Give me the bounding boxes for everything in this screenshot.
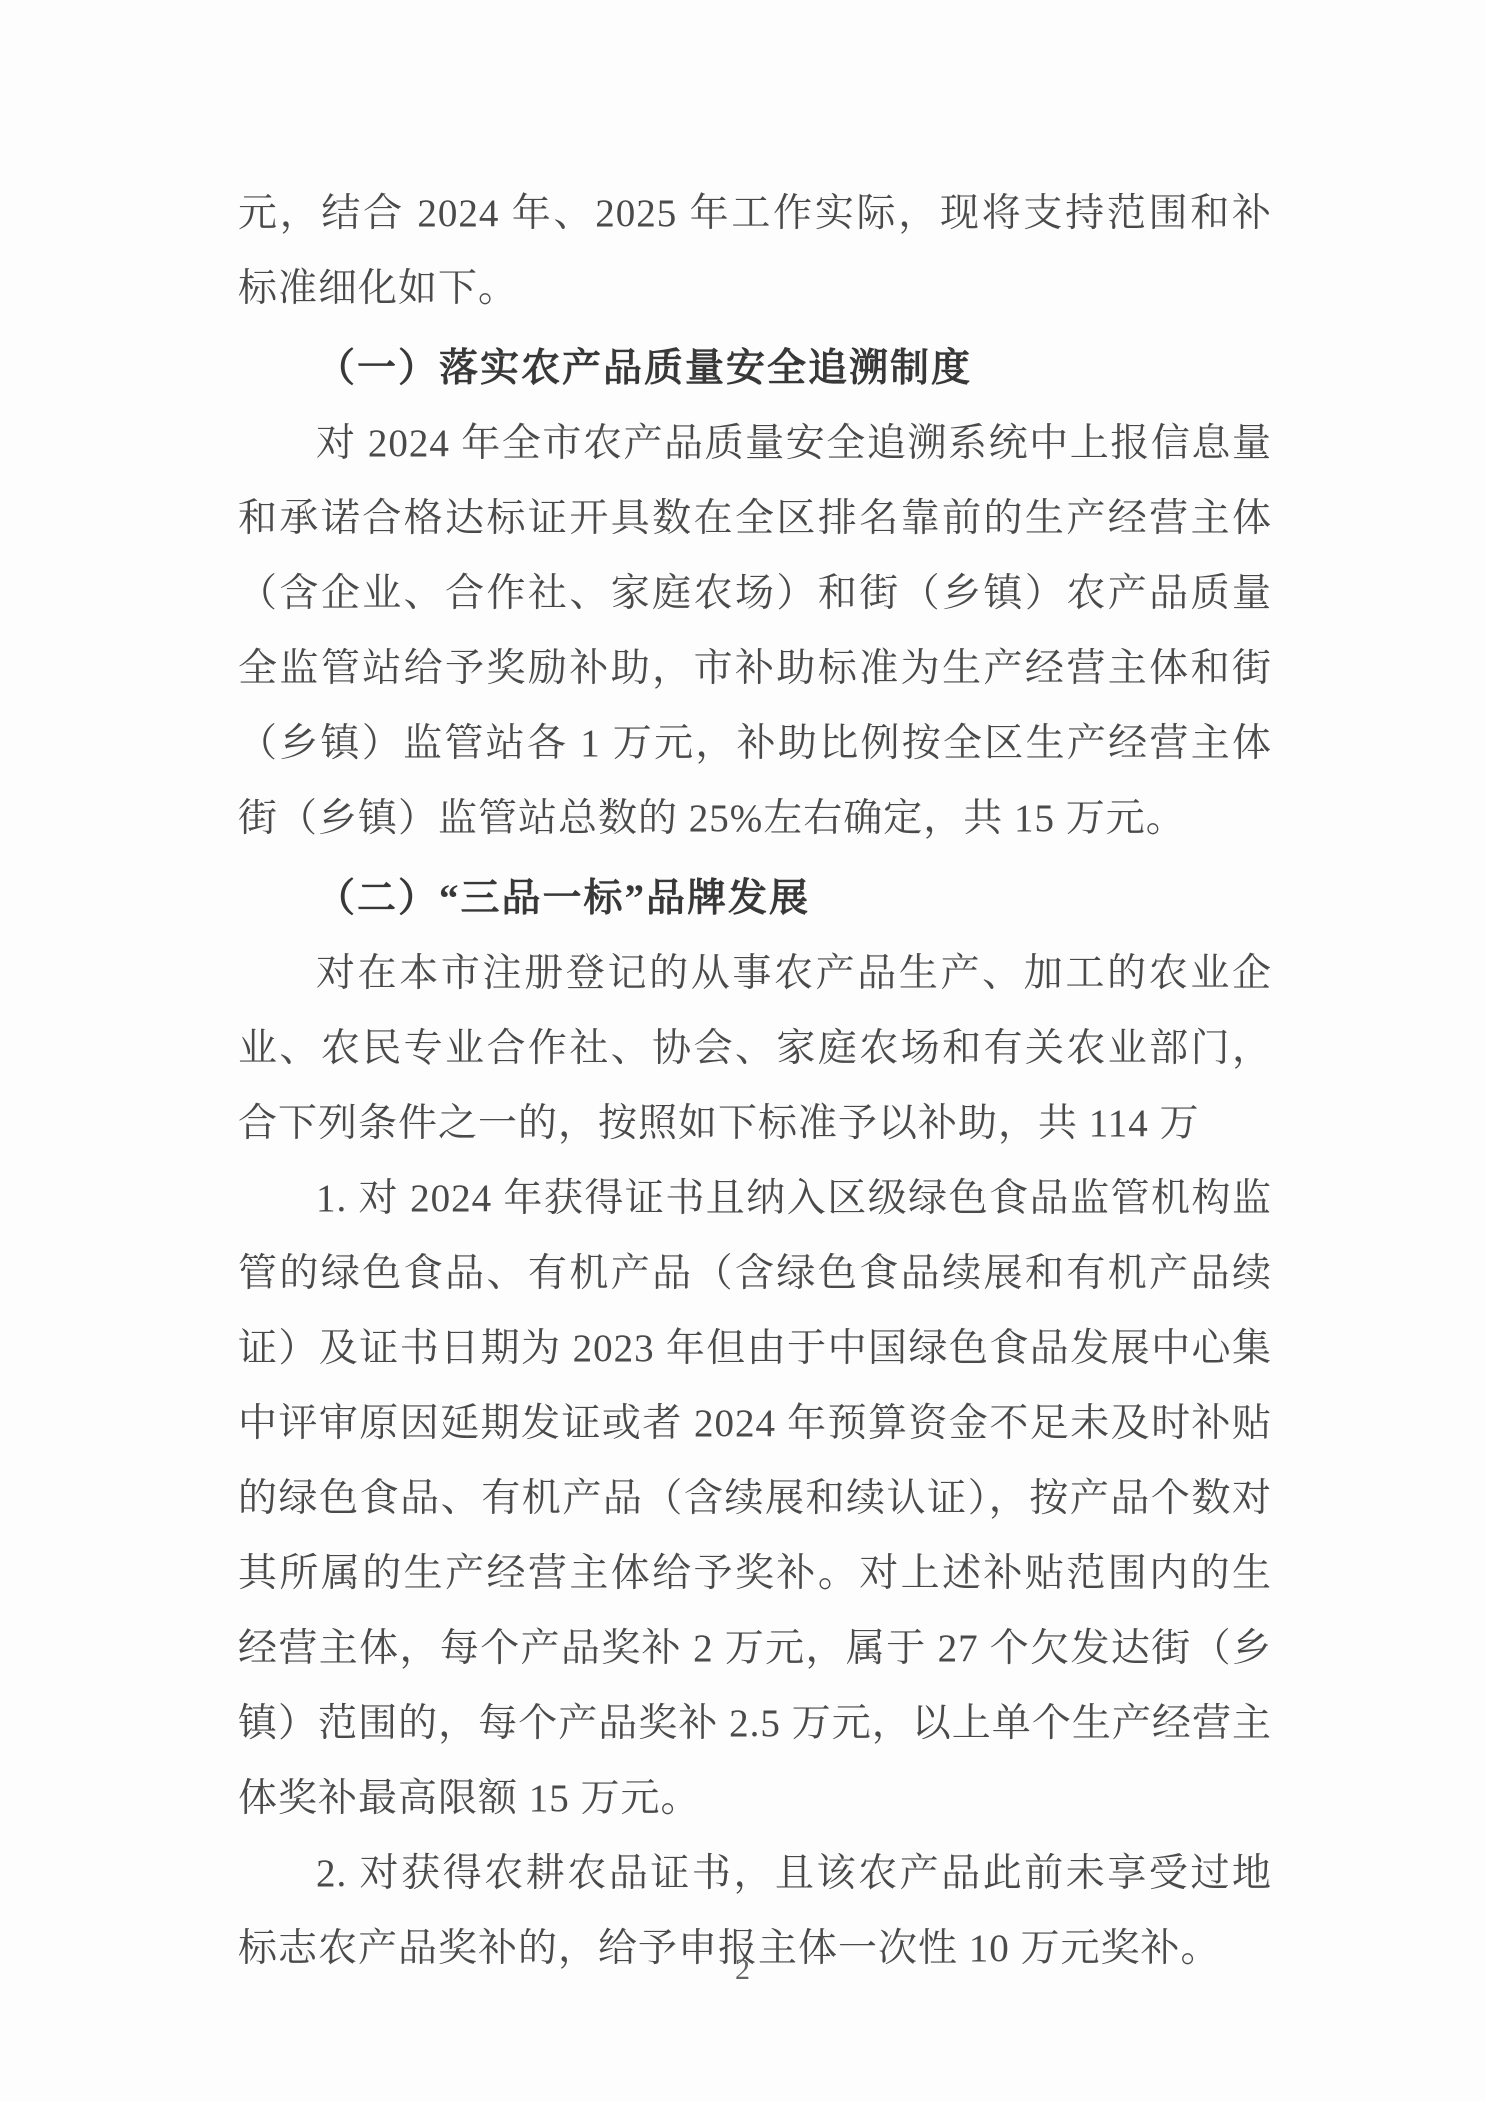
text-line: 全监管站给予奖励补助，市补助标准为生产经营主体和街: [238, 631, 1272, 706]
text-line: 元，结合 2024 年、2025 年工作实际，现将支持范围和补助: [238, 176, 1272, 251]
document-page: 元，结合 2024 年、2025 年工作实际，现将支持范围和补助 标准细化如下。…: [0, 0, 1485, 2102]
text-line: 体奖补最高限额 15 万元。: [238, 1761, 1272, 1836]
text-line: 和承诺合格达标证开具数在全区排名靠前的生产经营主体: [238, 481, 1272, 556]
document-body: 元，结合 2024 年、2025 年工作实际，现将支持范围和补助 标准细化如下。…: [238, 176, 1272, 1986]
text-line: 合下列条件之一的，按照如下标准予以补助，共 114 万元。: [238, 1086, 1272, 1161]
text-line: 1. 对 2024 年获得证书且纳入区级绿色食品监管机构监: [238, 1161, 1272, 1236]
text-line: 街（乡镇）监管站总数的 25%左右确定，共 15 万元。: [238, 781, 1272, 856]
text-line: 其所属的生产经营主体给予奖补。对上述补贴范围内的生产: [238, 1536, 1272, 1611]
section-heading: （一）落实农产品质量安全追溯制度: [238, 331, 1272, 406]
text-line: 标准细化如下。: [238, 251, 1272, 326]
text-line: （含企业、合作社、家庭农场）和街（乡镇）农产品质量安: [238, 556, 1272, 631]
text-line: 管的绿色食品、有机产品（含绿色食品续展和有机产品续认: [238, 1236, 1272, 1311]
text-line: 中评审原因延期发证或者 2024 年预算资金不足未及时补贴: [238, 1386, 1272, 1461]
text-line: 对在本市注册登记的从事农产品生产、加工的农业企: [238, 936, 1272, 1011]
text-line: （乡镇）监管站各 1 万元，补助比例按全区生产经营主体和: [238, 706, 1272, 781]
text-line: 业、农民专业合作社、协会、家庭农场和有关农业部门，符: [238, 1011, 1272, 1086]
section-heading: （二）“三品一标”品牌发展: [238, 861, 1272, 936]
text-line: 镇）范围的，每个产品奖补 2.5 万元，以上单个生产经营主: [238, 1686, 1272, 1761]
page-number: 2: [0, 1945, 1485, 1995]
text-line: 经营主体，每个产品奖补 2 万元，属于 27 个欠发达街（乡: [238, 1611, 1272, 1686]
text-line: 的绿色食品、有机产品（含续展和续认证），按产品个数对: [238, 1461, 1272, 1536]
text-line: 2. 对获得农耕农品证书，且该农产品此前未享受过地理: [238, 1836, 1272, 1911]
text-line: 对 2024 年全市农产品质量安全追溯系统中上报信息量: [238, 406, 1272, 481]
text-line: 证）及证书日期为 2023 年但由于中国绿色食品发展中心集: [238, 1311, 1272, 1386]
